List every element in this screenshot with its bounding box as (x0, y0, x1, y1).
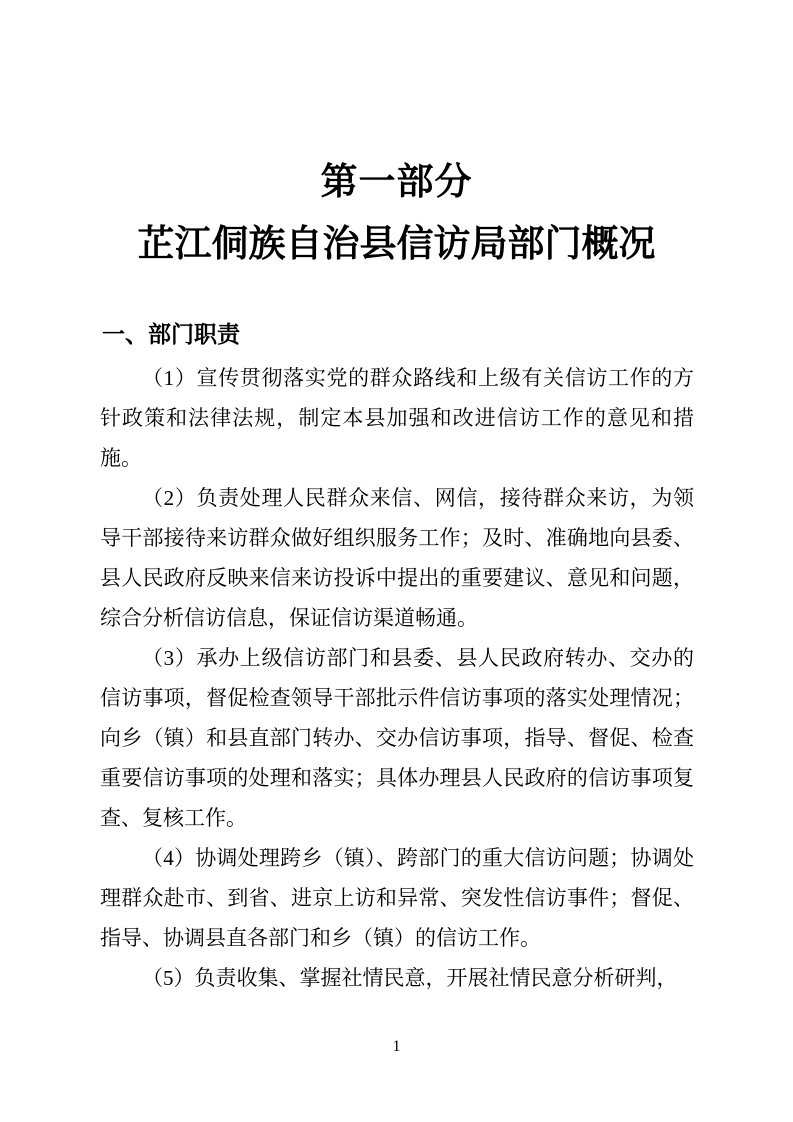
section-heading-department-duties: 一、部门职责 (102, 320, 793, 348)
part-title: 第一部分 (0, 163, 793, 203)
document-title: 芷江侗族自治县信访局部门概况 (0, 225, 793, 265)
paragraph-5: （5）负责收集、掌握社情民意，开展社情民意分析研判， (100, 958, 694, 998)
paragraph-1: （1）宣传贯彻落实党的群众路线和上级有关信访工作的方针政策和法律法规，制定本县加… (100, 358, 694, 478)
paragraph-4: （4）协调处理跨乡（镇）、跨部门的重大信访问题；协调处理群众赴市、到省、进京上访… (100, 838, 694, 958)
page-number: 1 (0, 1038, 793, 1056)
paragraph-2: （2）负责处理人民群众来信、网信，接待群众来访，为领导干部接待来访群众做好组织服… (100, 478, 694, 638)
body-text: （1）宣传贯彻落实党的群众路线和上级有关信访工作的方针政策和法律法规，制定本县加… (100, 358, 694, 998)
paragraph-3: （3）承办上级信访部门和县委、县人民政府转办、交办的信访事项，督促检查领导干部批… (100, 638, 694, 838)
document-page: 第一部分 芷江侗族自治县信访局部门概况 一、部门职责 （1）宣传贯彻落实党的群众… (0, 0, 793, 1122)
